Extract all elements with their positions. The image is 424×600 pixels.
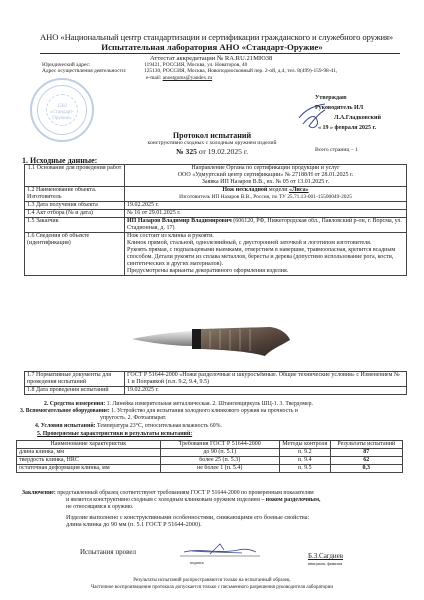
knife-photo <box>130 322 295 360</box>
conclusion-verdict: – ножом разделочным, <box>261 497 320 503</box>
stamp-text: 1502 «Стандарт- Оружие» <box>32 104 92 122</box>
col-header-requirement: Требования ГОСТ Р 51644-2000 <box>160 441 279 449</box>
laboratory-name: Испытательная лаборатория АНО «Стандарт-… <box>0 42 424 52</box>
value-line: Клинок прямой, стальной, однолезвийный, … <box>127 240 404 247</box>
cell-method: п. 9.5 <box>279 465 330 473</box>
section-3: 3. Вспомогательное оборудование: 1. Устр… <box>20 408 298 415</box>
value-line: ООО «Удмуртский центр сертификации» № 27… <box>127 172 404 179</box>
name-caption: инициалы, фамилия <box>308 561 342 566</box>
value-line: Заявка ИП Назаров В.В., вх. № 05 от 13.0… <box>127 179 404 186</box>
table-row: остаточная деформация клинка, мм не боле… <box>17 465 403 473</box>
cell-method: п. 9.4 <box>279 457 330 465</box>
row-key: 1.8 Дата проведения испытаний <box>25 387 125 395</box>
conclusion-label: Заключение: <box>22 490 56 496</box>
tester-signature <box>180 540 260 558</box>
section-3-label: 3. Вспомогательное оборудование: <box>20 408 110 414</box>
cell-requirement: до 90 (п. 5.1) <box>160 449 279 457</box>
table-row: 1.5 Заказчик ИП Назаров Владимир Владими… <box>25 218 407 233</box>
value-line: Предусмотрены варианты декоративного офо… <box>127 268 404 275</box>
cell-method: п. 9.2 <box>279 449 330 457</box>
table-row: длина клинка, мм до 90 (п. 5.1) п. 9.2 8… <box>17 449 403 457</box>
customer-name: ИП Назаров Владимир Владимирович <box>127 218 232 224</box>
section-2-label: 2. Средства измерения: <box>44 401 105 407</box>
col-header-result: Результаты испытаний <box>330 441 402 449</box>
row-value: ГОСТ Р 51644-2000 «Ножи разделочные и шк… <box>125 372 407 387</box>
row-value: № 16 от 29.01.2025 г. <box>125 210 407 218</box>
standards-table: 1.7 Нормативные документы для проведения… <box>24 371 407 395</box>
cell-requirement: более 25 (п. 5.3) <box>160 457 279 465</box>
table-row: 1.7 Нормативные документы для проведения… <box>25 372 407 387</box>
table-row: 1.4 Акт отбора (№ и дата) № 16 от 29.01.… <box>25 210 407 218</box>
signature-caption: подпись <box>190 560 204 565</box>
section-5-label: 5. Проверяемые характеристики и результа… <box>37 431 192 437</box>
object-model: «Лиса» <box>289 187 309 193</box>
stamp-line: Оружие» <box>32 116 92 122</box>
table-row: 1.6 Сведения об объекте (идентификация) … <box>25 233 407 276</box>
row-key: 1.1 Основание для проведения работ <box>25 165 125 187</box>
email-line: e-mail: anostgums@yandex.ru <box>146 75 212 82</box>
manufacturer: Изготовитель ИП Назаров В.В., Россия, по… <box>127 194 404 201</box>
cell-name: длина клинка, мм <box>17 449 161 457</box>
section-2: 2. Средства измерения: 1. Линейка измери… <box>44 401 313 408</box>
table-row: 1.2 Наименование объекта. Изготовитель Н… <box>25 187 407 202</box>
section-3-cont: упругость. 2. Фотоаппарат. <box>100 415 166 422</box>
col-header-name: Наименование характеристик <box>17 441 161 449</box>
section-4-label: 4. Условия испытаний: <box>35 423 96 429</box>
header-divider <box>40 53 400 54</box>
conclusion-line-3: не относящимся к оружию. <box>66 504 133 511</box>
row-value: Нож состоит из клинка и рукояти. Клинок … <box>125 233 407 276</box>
row-key: 1.5 Заказчик <box>25 218 125 233</box>
table-row: 1.1 Основание для проведения работ Напра… <box>25 165 407 187</box>
cell-name: твердость клинка, HRC <box>17 457 161 465</box>
cell-result: 0,3 <box>330 465 402 473</box>
row-value: 19.02.2025 г. <box>125 387 407 395</box>
table-row: 1.8 Дата проведения испытаний 19.02.2025… <box>25 387 407 395</box>
row-key: 1.7 Нормативные документы для проведения… <box>25 372 125 387</box>
section-4-text: Температура 23°С, относительная влажност… <box>96 423 222 429</box>
email-label: e-mail: <box>146 75 163 81</box>
conclusion-line-1: Заключение: представленный образец соотв… <box>22 490 314 497</box>
section-2-text: 1. Линейка измерительная металлическая. … <box>105 401 313 407</box>
cell-name: остаточная деформация клинка, мм <box>17 465 161 473</box>
conclusion-line-5: длина клинка до 90 мм (п. 5.1 ГОСТ Р 516… <box>66 521 202 528</box>
section-3-text: 1. Устройство для испытания холодного кл… <box>110 408 298 414</box>
table-row: 1.3 Дата получения объекта 19.02.2025 г. <box>25 202 407 210</box>
organization-name: АНО «Национальный центр стандартизации и… <box>40 32 424 42</box>
section-5: 5. Проверяемые характеристики и результа… <box>37 431 192 438</box>
value-line: Направление Органа по сертификации проду… <box>127 165 404 172</box>
total-pages: Всего страниц – 1 <box>315 147 358 153</box>
protocol-number: № 325 от 19.02.2025 г. <box>0 147 424 156</box>
conclusion-line-4: Изделие выполнено с конструктивными особ… <box>66 514 309 521</box>
tester-name: Б.З.Сагдиев <box>308 552 343 560</box>
table-header-row: Наименование характеристик Требования ГО… <box>17 441 403 449</box>
cell-result: 62 <box>330 457 402 465</box>
protocol-subtitle: конструктивно сходных с холодным оружием… <box>0 140 424 146</box>
email-link[interactable]: anostgums@yandex.ru <box>163 75 212 81</box>
cell-result: 87 <box>330 449 402 457</box>
approve-label: Утверждаю <box>315 95 347 101</box>
activity-address-label: Адрес осуществления деятельности: <box>42 68 126 75</box>
protocol-number-value: № 325 <box>176 147 197 156</box>
row-value: Направление Органа по сертификации проду… <box>125 165 407 187</box>
row-key: 1.3 Дата получения объекта <box>25 202 125 210</box>
table-row: твердость клинка, HRC более 25 (п. 5.3) … <box>17 457 403 465</box>
conclusion-line-2: и является конструктивно сходным с холод… <box>66 497 320 504</box>
protocol-date: от 19.02.2025 г. <box>197 147 248 156</box>
value-line: Нож состоит из клинка и рукояти. <box>127 233 404 240</box>
value-line: Рукоять прямая, с подпальцевыми выемками… <box>127 247 404 268</box>
row-key: 1.4 Акт отбора (№ и дата) <box>25 210 125 218</box>
footer-note-2: Частичное воспроизведение протокола допу… <box>0 585 424 590</box>
conclusion-text: и является конструктивно сходным с холод… <box>66 497 261 503</box>
row-key: 1.6 Сведения об объекте (идентификация) <box>25 233 125 276</box>
row-value: Нож нескладной модели «Лиса» Изготовител… <box>125 187 407 202</box>
row-value: 19.02.2025 г. <box>125 202 407 210</box>
tester-label: Испытания провел <box>80 548 136 556</box>
approver-role: Руководитель ИЛ <box>315 105 363 111</box>
object-name: Нож нескладной <box>222 187 267 193</box>
protocol-title: Протокол испытаний <box>0 131 424 140</box>
results-table: Наименование характеристик Требования ГО… <box>16 440 403 473</box>
footer-note-1: Результаты испытаний распространяются то… <box>0 578 424 583</box>
row-key: 1.2 Наименование объекта. Изготовитель <box>25 187 125 202</box>
object-mid: модели <box>267 187 289 193</box>
conclusion-text: представленный образец соответствуют тре… <box>56 490 314 496</box>
activity-address: 125130, РОССИЯ, Москва, Новоподмосковный… <box>144 68 337 75</box>
row-value: ИП Назаров Владимир Владимирович (606120… <box>125 218 407 233</box>
cell-requirement: не более 1 (п. 5.4) <box>160 465 279 473</box>
approver-name: Л.А.Гладковский <box>334 115 381 121</box>
section-4: 4. Условия испытаний: Температура 23°С, … <box>35 423 222 430</box>
source-data-table: 1.1 Основание для проведения работ Напра… <box>24 164 407 276</box>
col-header-method: Методы контроля <box>279 441 330 449</box>
accreditation-number: Аттестат аккредитации № RA.RU.21МЮ38 <box>150 55 272 62</box>
